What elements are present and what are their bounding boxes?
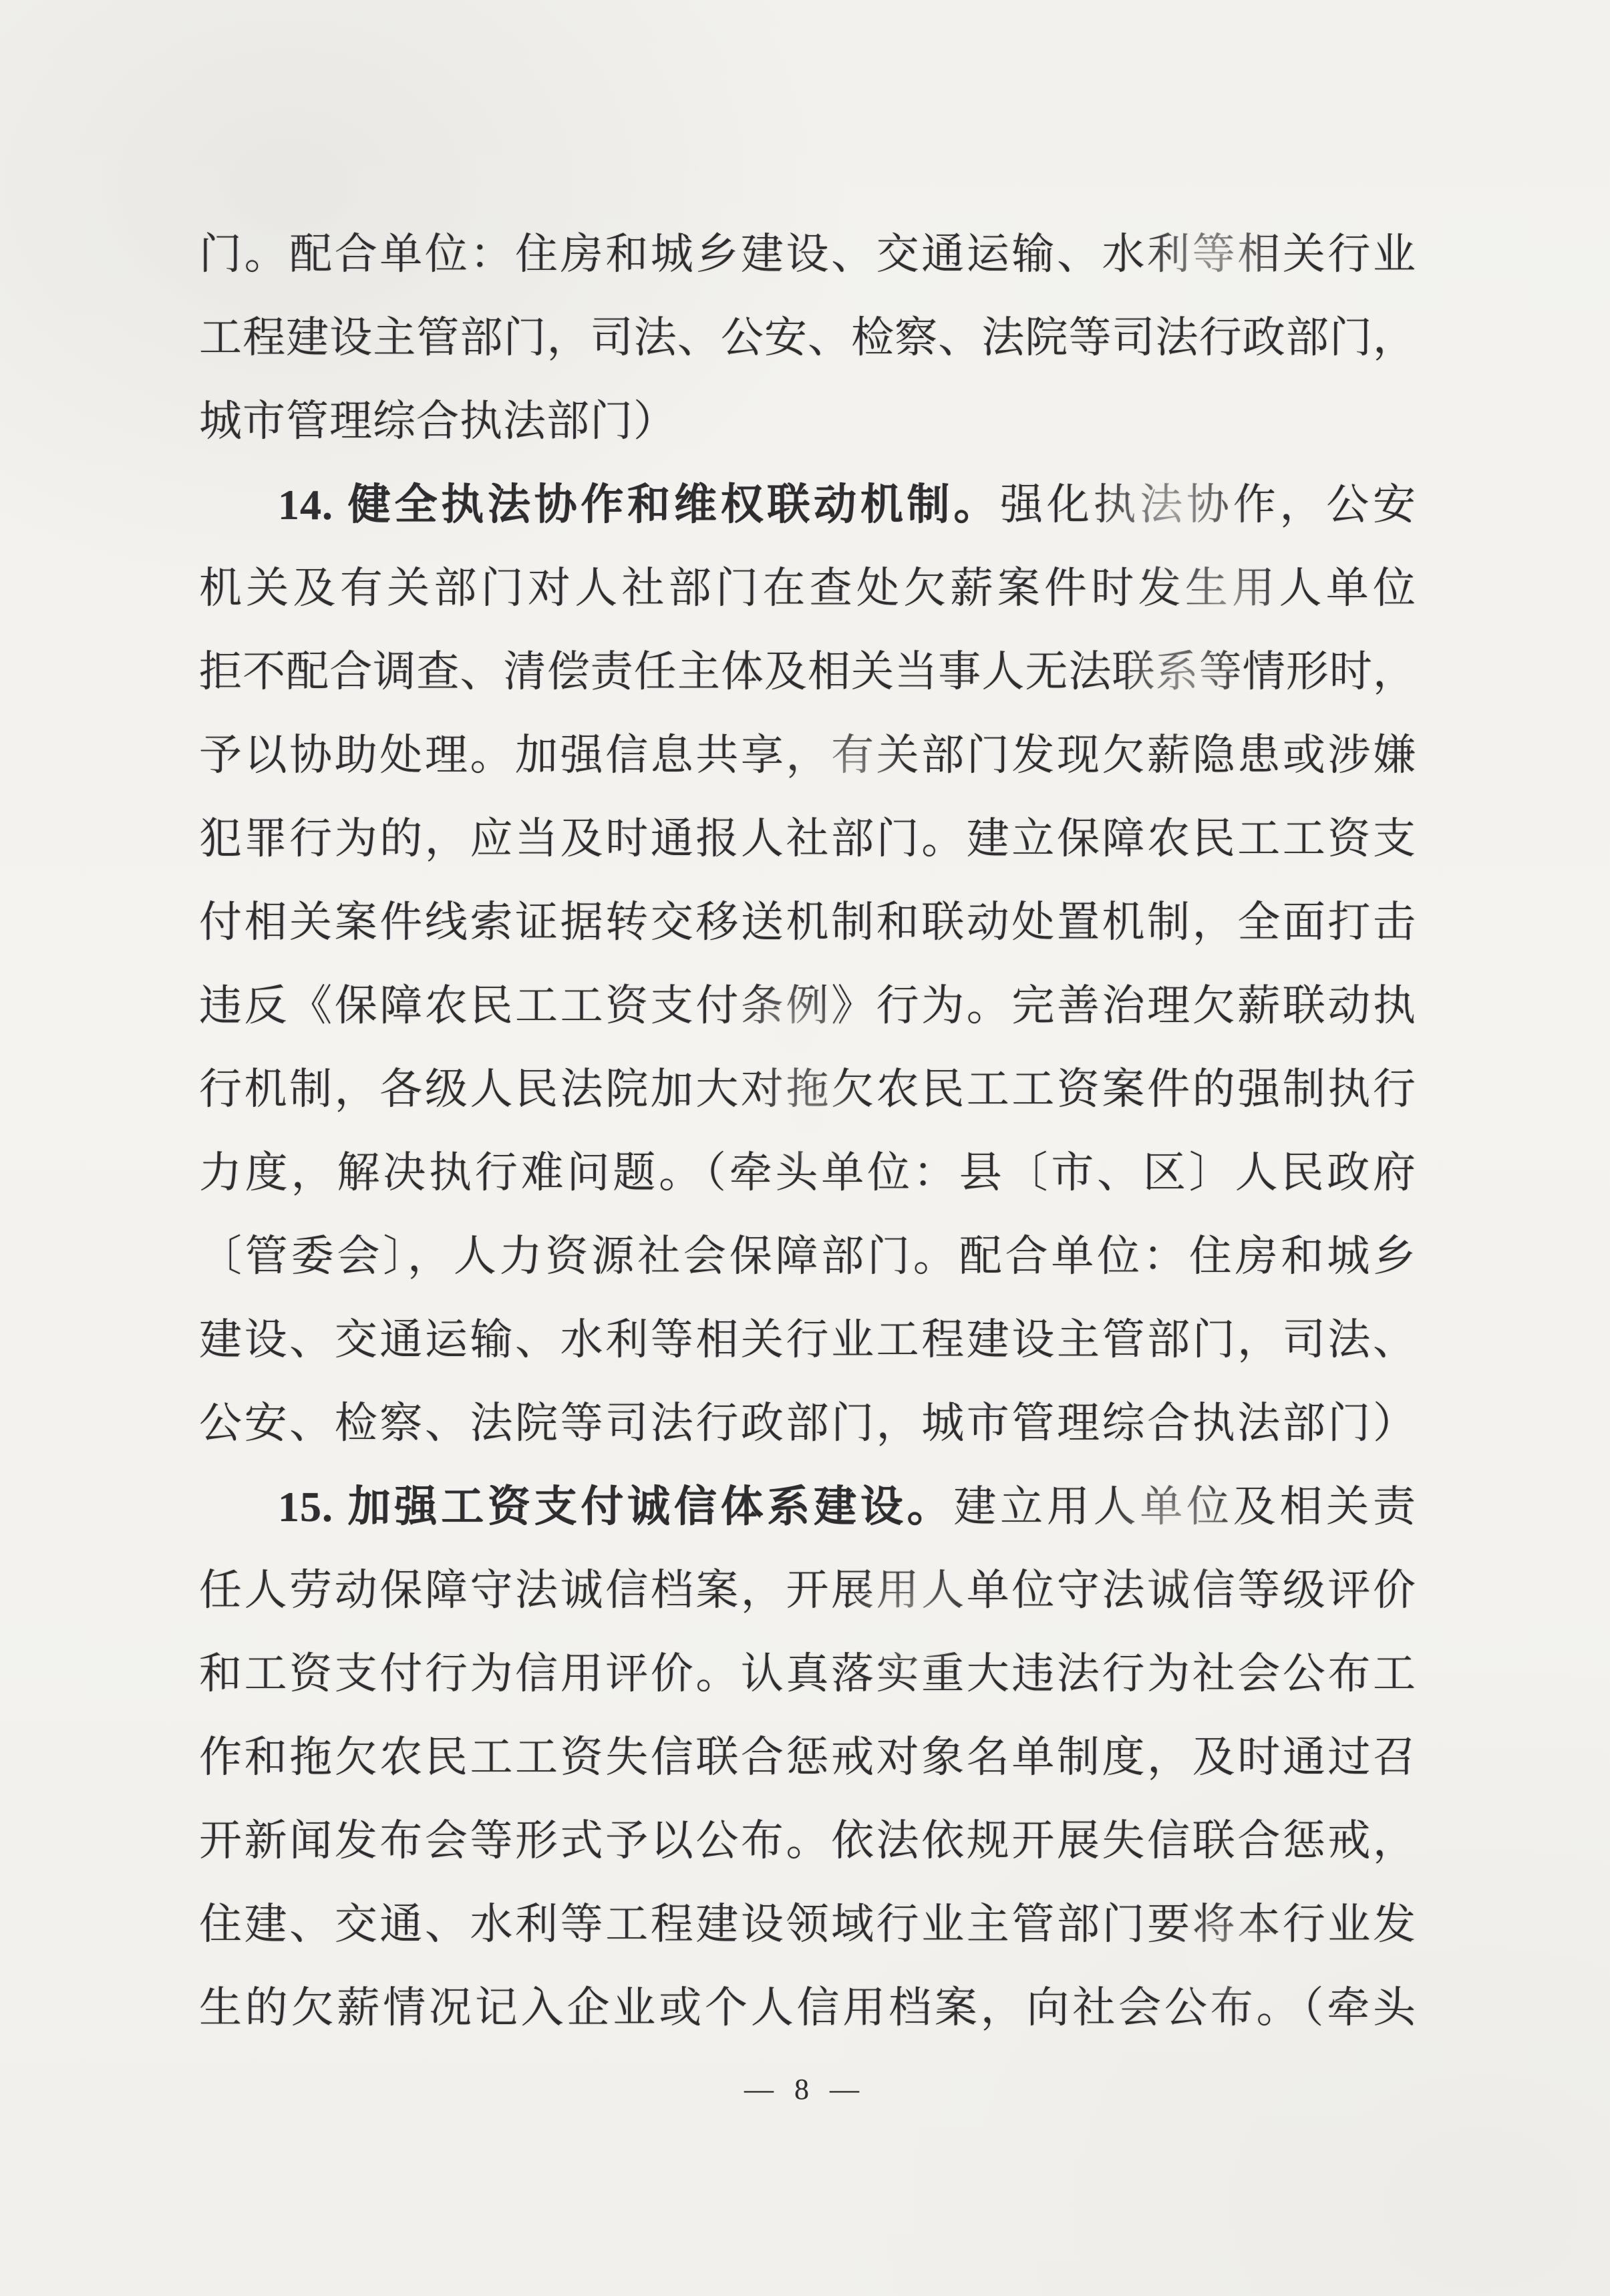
line-text: 违反《保障农民工工资支付条例》行为。完善治理欠薪联动执 (199, 982, 1416, 1029)
section-14-heading-line: 14. 健全执法协作和维权联动机制。强化执法协作，公安 (199, 463, 1416, 546)
text-line: 开新闻发布会等形式予以公布。依法依规开展失信联合惩戒， (199, 1799, 1416, 1882)
text-line: 任人劳动保障守法诚信档案，开展用人单位守法诚信等级评价 (199, 1548, 1416, 1632)
text-line-paragraph-end: 公安、检察、法院等司法行政部门，城市管理综合执法部门） (199, 1381, 1416, 1465)
section-14-heading: 14. 健全执法协作和维权联动机制。 (278, 481, 1000, 528)
document-body: 门。配合单位：住房和城乡建设、交通运输、水利等相关行业 工程建设主管部门，司法、… (199, 212, 1416, 2049)
text-line: 行机制，各级人民法院加大对拖欠农民工工资案件的强制执行 (199, 1047, 1416, 1131)
line-text: 开新闻发布会等形式予以公布。依法依规开展失信联合惩戒， (199, 1817, 1416, 1864)
text-line: 拒不配合调查、清偿责任主体及相关当事人无法联系等情形时， (199, 630, 1416, 713)
page-number: — 8 — (0, 2066, 1610, 2113)
line-text: 生的欠薪情况记入企业或个人信用档案，向社会公布。（牵头 (199, 1984, 1416, 2031)
text-line-paragraph-end: 城市管理综合执法部门） (199, 379, 1416, 463)
text-line: 违反《保障农民工工资支付条例》行为。完善治理欠薪联动执 (199, 964, 1416, 1047)
line-text: 和工资支付行为信用评价。认真落实重大违法行为社会公布工 (199, 1650, 1416, 1697)
text-line: 住建、交通、水利等工程建设领域行业主管部门要将本行业发 (199, 1882, 1416, 1966)
text-line: 付相关案件线索证据转交移送机制和联动处置机制，全面打击 (199, 880, 1416, 964)
line-text: 力度，解决执行难问题。（牵头单位：县〔市、区〕人民政府 (199, 1149, 1416, 1196)
line-text: 行机制，各级人民法院加大对拖欠农民工工资案件的强制执行 (199, 1065, 1416, 1113)
line-text: 门。配合单位：住房和城乡建设、交通运输、水利等相关行业 (199, 230, 1416, 278)
text-line: 作和拖欠农民工工资失信联合惩戒对象名单制度，及时通过召 (199, 1715, 1416, 1799)
text-line: 生的欠薪情况记入企业或个人信用档案，向社会公布。（牵头 (199, 1966, 1416, 2049)
line-text: 付相关案件线索证据转交移送机制和联动处置机制，全面打击 (199, 898, 1416, 946)
line-text: 城市管理综合执法部门） (199, 397, 677, 445)
text-line: 予以协助处理。加强信息共享，有关部门发现欠薪隐患或涉嫌 (199, 713, 1416, 797)
line-text: 作和拖欠农民工工资失信联合惩戒对象名单制度，及时通过召 (199, 1734, 1416, 1781)
section-15-heading: 15. 加强工资支付诚信体系建设。 (278, 1483, 953, 1530)
scanned-document-page: 门。配合单位：住房和城乡建设、交通运输、水利等相关行业 工程建设主管部门，司法、… (0, 0, 1610, 2296)
text-line: 工程建设主管部门，司法、公安、检察、法院等司法行政部门， (199, 296, 1416, 379)
line-text: 犯罪行为的，应当及时通报人社部门。建立保障农民工工资支 (199, 815, 1416, 862)
text-line: 和工资支付行为信用评价。认真落实重大违法行为社会公布工 (199, 1632, 1416, 1715)
line-text: 予以协助处理。加强信息共享，有关部门发现欠薪隐患或涉嫌 (199, 731, 1416, 779)
line-text: 任人劳动保障守法诚信档案，开展用人单位守法诚信等级评价 (199, 1567, 1416, 1614)
line-text: 强化执法协作，公安 (1000, 481, 1416, 528)
line-text: 住建、交通、水利等工程建设领域行业主管部门要将本行业发 (199, 1901, 1416, 1948)
line-text: 机关及有关部门对人社部门在查处欠薪案件时发生用人单位 (199, 564, 1416, 612)
text-line: 〔管委会〕，人力资源社会保障部门。配合单位：住房和城乡 (199, 1214, 1416, 1298)
line-text: 拒不配合调查、清偿责任主体及相关当事人无法联系等情形时， (199, 648, 1416, 695)
line-text: 〔管委会〕，人力资源社会保障部门。配合单位：住房和城乡 (199, 1233, 1416, 1280)
text-line: 犯罪行为的，应当及时通报人社部门。建立保障农民工工资支 (199, 797, 1416, 880)
line-text: 建设、交通运输、水利等相关行业工程建设主管部门，司法、 (199, 1316, 1416, 1363)
text-line: 门。配合单位：住房和城乡建设、交通运输、水利等相关行业 (199, 212, 1416, 296)
text-line: 力度，解决执行难问题。（牵头单位：县〔市、区〕人民政府 (199, 1131, 1416, 1214)
text-line: 机关及有关部门对人社部门在查处欠薪案件时发生用人单位 (199, 546, 1416, 630)
line-text: 建立用人单位及相关责 (953, 1483, 1416, 1530)
section-15-heading-line: 15. 加强工资支付诚信体系建设。建立用人单位及相关责 (199, 1465, 1416, 1548)
line-text: 工程建设主管部门，司法、公安、检察、法院等司法行政部门， (199, 314, 1416, 361)
line-text: 公安、检察、法院等司法行政部门，城市管理综合执法部门） (199, 1400, 1416, 1447)
text-line: 建设、交通运输、水利等相关行业工程建设主管部门，司法、 (199, 1298, 1416, 1381)
